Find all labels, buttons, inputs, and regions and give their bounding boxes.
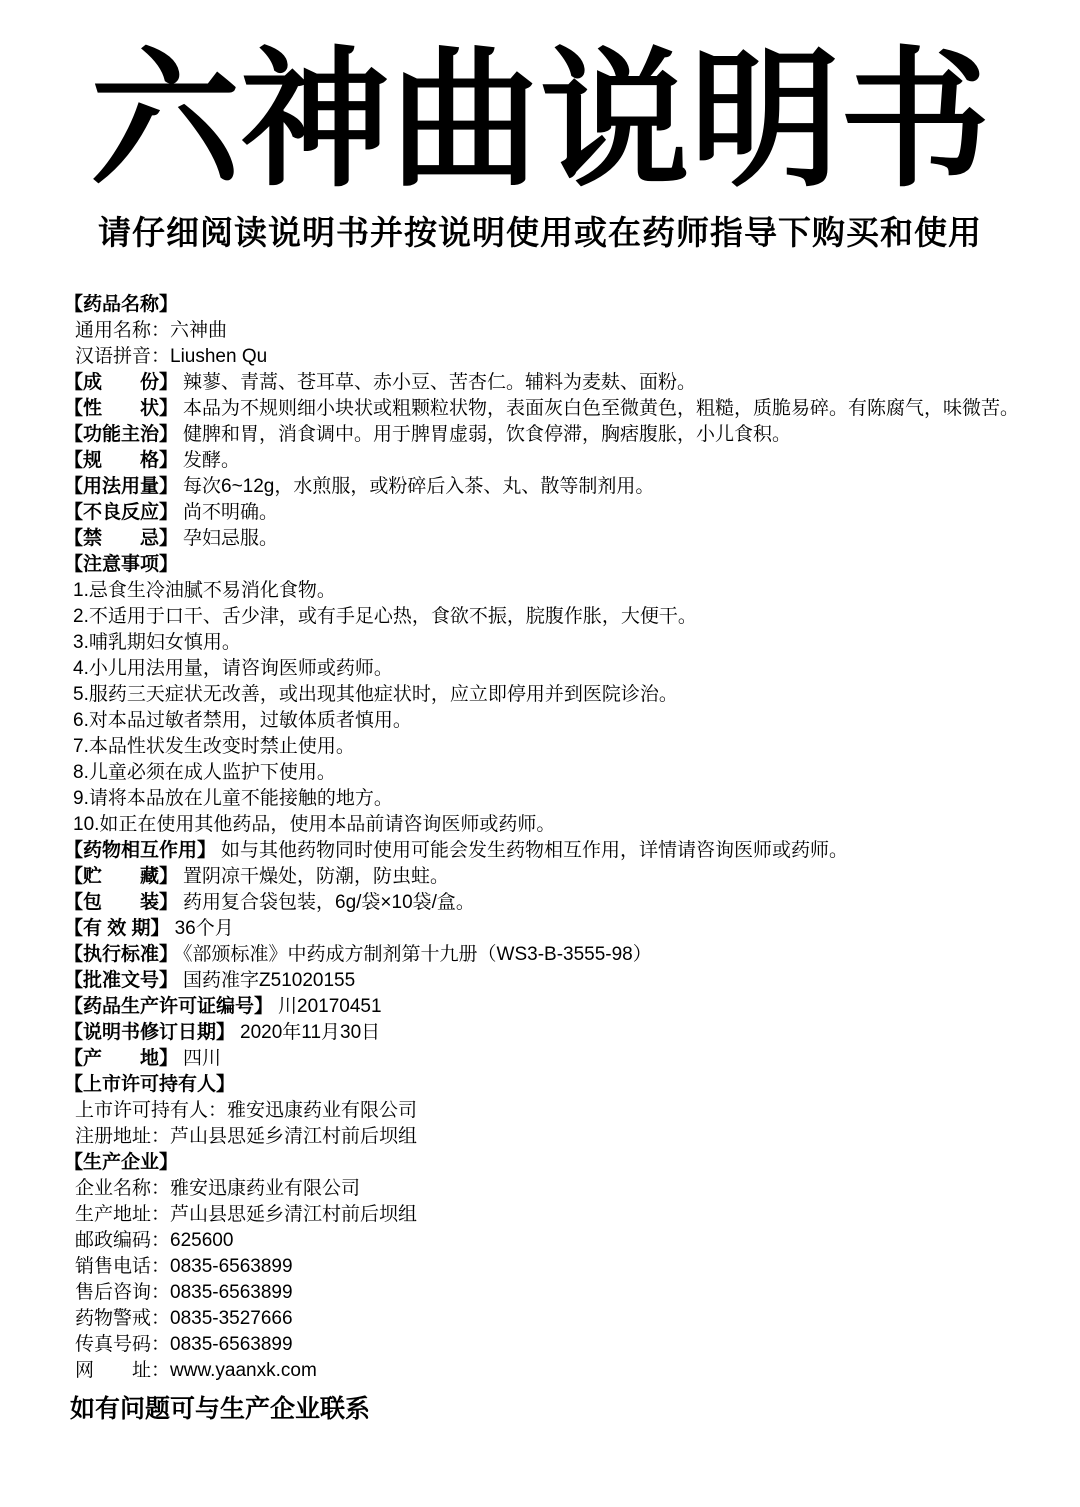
precaution-item: 4.小儿用法用量，请咨询医师或药师。: [64, 656, 1070, 682]
entry-text: 汉语拼音：Liushen Qu: [75, 346, 267, 367]
entry-text: 川20170451: [278, 996, 382, 1017]
entry-text: 置阴凉干燥处，防潮，防虫蛀。: [183, 866, 449, 887]
entry-label: 【药品生产许可证编号】: [64, 996, 273, 1017]
entry-text: 如与其他药物同时使用可能会发生药物相互作用，详情请咨询医师或药师。: [221, 840, 848, 861]
entry-label: 【药品名称】: [64, 294, 178, 315]
page-subtitle: 请仔细阅读说明书并按说明使用或在药师指导下购买和使用: [0, 207, 1080, 254]
entry-line: 【贮 藏】置阴凉干燥处，防潮，防虫蛀。: [64, 864, 1070, 890]
entry-text: 《部颁标准》中药成方制剂第十九册（WS3-B-3555-98）: [183, 944, 652, 965]
entry-label: 【说明书修订日期】: [64, 1022, 235, 1043]
entry-text: 生产地址：芦山县思延乡清江村前后坝组: [75, 1204, 417, 1225]
detail-line: 售后咨询：0835-6563899: [64, 1280, 1070, 1306]
entry-line: 【批准文号】国药准字Z51020155: [64, 968, 1070, 994]
entry-text: 售后咨询：0835-6563899: [75, 1282, 293, 1303]
detail-line: 药物警戒：0835-3527666: [64, 1306, 1070, 1332]
entry-line: 【不良反应】尚不明确。: [64, 500, 1070, 526]
entry-text: 通用名称：六神曲: [75, 320, 227, 341]
entry-label: 【批准文号】: [64, 970, 178, 991]
entry-label: 【规 格】: [64, 450, 178, 471]
entry-label: 【禁 忌】: [64, 528, 178, 549]
detail-line: 邮政编码：625600: [64, 1228, 1070, 1254]
entry-label: 【注意事项】: [64, 554, 178, 575]
entry-label: 【药物相互作用】: [64, 840, 216, 861]
entry-line: 【注意事项】: [64, 552, 1070, 578]
entry-text: 尚不明确。: [183, 502, 278, 523]
entry-line: 【性 状】本品为不规则细小块状或粗颗粒状物，表面灰白色至微黄色，粗糙，质脆易碎。…: [64, 396, 1070, 422]
precaution-item: 1.忌食生冷油腻不易消化食物。: [64, 578, 1070, 604]
entry-line: 【药品名称】: [64, 292, 1070, 318]
entry-line: 【药品生产许可证编号】川20170451: [64, 994, 1070, 1020]
entry-text: 5.服药三天症状无改善，或出现其他症状时，应立即停用并到医院诊治。: [73, 684, 678, 705]
entry-text: 传真号码：0835-6563899: [75, 1334, 293, 1355]
entry-text: 3.哺乳期妇女慎用。: [73, 632, 241, 653]
entry-text: 8.儿童必须在成人监护下使用。: [73, 762, 336, 783]
insert-body: 【药品名称】通用名称：六神曲汉语拼音：Liushen Qu【成 份】辣蓼、青蒿、…: [64, 292, 1070, 1384]
entry-line: 【产 地】四川: [64, 1046, 1070, 1072]
entry-line: 【说明书修订日期】2020年11月30日: [64, 1020, 1070, 1046]
footer-note: 如有问题可与生产企业联系: [70, 1389, 1080, 1425]
entry-line: 【功能主治】健脾和胃，消食调中。用于脾胃虚弱，饮食停滞，胸痞腹胀，小儿食积。: [64, 422, 1070, 448]
precaution-item: 2.不适用于口干、舌少津，或有手足心热，食欲不振，脘腹作胀，大便干。: [64, 604, 1070, 630]
entry-text: 10.如正在使用其他药品，使用本品前请咨询医师或药师。: [73, 814, 555, 835]
detail-line: 网 址：www.yaanxk.com: [64, 1358, 1070, 1384]
entry-line: 【规 格】发酵。: [64, 448, 1070, 474]
entry-text: 四川: [183, 1048, 221, 1069]
detail-line: 上市许可持有人：雅安迅康药业有限公司: [64, 1098, 1070, 1124]
entry-text: 本品为不规则细小块状或粗颗粒状物，表面灰白色至微黄色，粗糙，质脆易碎。有陈腐气，…: [183, 398, 1019, 419]
detail-line: 传真号码：0835-6563899: [64, 1332, 1070, 1358]
entry-text: 销售电话：0835-6563899: [75, 1256, 293, 1277]
entry-text: 企业名称：雅安迅康药业有限公司: [75, 1178, 360, 1199]
entry-text: 药物警戒：0835-3527666: [75, 1308, 293, 1329]
detail-line: 企业名称：雅安迅康药业有限公司: [64, 1176, 1070, 1202]
entry-text: 1.忌食生冷油腻不易消化食物。: [73, 580, 336, 601]
entry-line: 【包 装】药用复合袋包装，6g/袋×10袋/盒。: [64, 890, 1070, 916]
page-title: 六神曲说明书: [0, 46, 1080, 199]
entry-line: 【生产企业】: [64, 1150, 1070, 1176]
precaution-item: 8.儿童必须在成人监护下使用。: [64, 760, 1070, 786]
entry-label: 【性 状】: [64, 398, 178, 419]
entry-text: 孕妇忌服。: [183, 528, 278, 549]
entry-text: 注册地址：芦山县思延乡清江村前后坝组: [75, 1126, 417, 1147]
precaution-item: 6.对本品过敏者禁用，过敏体质者慎用。: [64, 708, 1070, 734]
entry-label: 【生产企业】: [64, 1152, 178, 1173]
precaution-item: 7.本品性状发生改变时禁止使用。: [64, 734, 1070, 760]
entry-text: 健脾和胃，消食调中。用于脾胃虚弱，饮食停滞，胸痞腹胀，小儿食积。: [183, 424, 791, 445]
entry-label: 【上市许可持有人】: [64, 1074, 235, 1095]
entry-line: 【成 份】辣蓼、青蒿、苍耳草、赤小豆、苦杏仁。辅料为麦麸、面粉。: [64, 370, 1070, 396]
entry-line: 【禁 忌】孕妇忌服。: [64, 526, 1070, 552]
detail-line: 注册地址：芦山县思延乡清江村前后坝组: [64, 1124, 1070, 1150]
entry-text: 邮政编码：625600: [75, 1230, 233, 1251]
entry-line: 【用法用量】每次6~12g，水煎服，或粉碎后入茶、丸、散等制剂用。: [64, 474, 1070, 500]
entry-text: 辣蓼、青蒿、苍耳草、赤小豆、苦杏仁。辅料为麦麸、面粉。: [183, 372, 696, 393]
precaution-item: 5.服药三天症状无改善，或出现其他症状时，应立即停用并到医院诊治。: [64, 682, 1070, 708]
entry-line: 【有 效 期】36个月: [64, 916, 1070, 942]
entry-line: 【药物相互作用】如与其他药物同时使用可能会发生药物相互作用，详情请咨询医师或药师…: [64, 838, 1070, 864]
entry-text: 发酵。: [183, 450, 240, 471]
package-insert: 六神曲说明书 请仔细阅读说明书并按说明使用或在药师指导下购买和使用 【药品名称】…: [0, 0, 1080, 1507]
detail-line: 汉语拼音：Liushen Qu: [64, 344, 1070, 370]
entry-label: 【有 效 期】: [64, 918, 170, 939]
entry-label: 【功能主治】: [64, 424, 178, 445]
precaution-item: 3.哺乳期妇女慎用。: [64, 630, 1070, 656]
entry-label: 【不良反应】: [64, 502, 178, 523]
entry-label: 【产 地】: [64, 1048, 178, 1069]
detail-line: 生产地址：芦山县思延乡清江村前后坝组: [64, 1202, 1070, 1228]
entry-text: 国药准字Z51020155: [183, 970, 355, 991]
detail-line: 通用名称：六神曲: [64, 318, 1070, 344]
precaution-item: 10.如正在使用其他药品，使用本品前请咨询医师或药师。: [64, 812, 1070, 838]
entry-text: 2020年11月30日: [240, 1022, 380, 1043]
entry-text: 9.请将本品放在儿童不能接触的地方。: [73, 788, 393, 809]
entry-line: 【上市许可持有人】: [64, 1072, 1070, 1098]
precaution-item: 9.请将本品放在儿童不能接触的地方。: [64, 786, 1070, 812]
entry-text: 2.不适用于口干、舌少津，或有手足心热，食欲不振，脘腹作胀，大便干。: [73, 606, 697, 627]
entry-text: 4.小儿用法用量，请咨询医师或药师。: [73, 658, 393, 679]
entry-text: 7.本品性状发生改变时禁止使用。: [73, 736, 355, 757]
entry-line: 【执行标准】《部颁标准》中药成方制剂第十九册（WS3-B-3555-98）: [64, 942, 1070, 968]
entry-text: 36个月: [175, 918, 234, 939]
entry-text: 每次6~12g，水煎服，或粉碎后入茶、丸、散等制剂用。: [183, 476, 654, 497]
entry-label: 【包 装】: [64, 892, 178, 913]
entry-label: 【贮 藏】: [64, 866, 178, 887]
entry-label: 【成 份】: [64, 372, 178, 393]
entry-text: 上市许可持有人：雅安迅康药业有限公司: [75, 1100, 417, 1121]
entry-label: 【用法用量】: [64, 476, 178, 497]
entry-text: 药用复合袋包装，6g/袋×10袋/盒。: [183, 892, 475, 913]
detail-line: 销售电话：0835-6563899: [64, 1254, 1070, 1280]
entry-label: 【执行标准】: [64, 944, 178, 965]
entry-text: 6.对本品过敏者禁用，过敏体质者慎用。: [73, 710, 412, 731]
entry-text: 网 址：www.yaanxk.com: [75, 1360, 317, 1381]
